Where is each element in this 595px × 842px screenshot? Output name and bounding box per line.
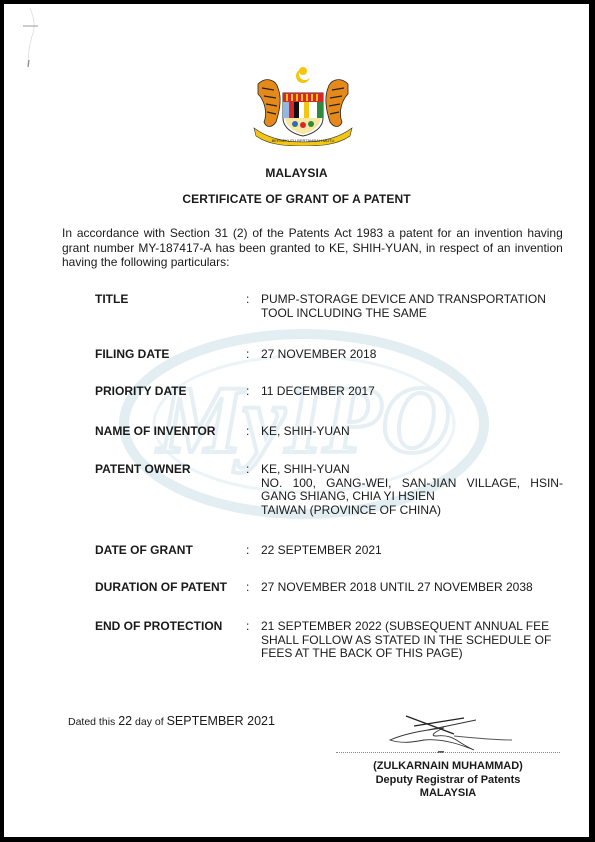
svg-text:BERSEKUTU BERTAMBAH MUTU: BERSEKUTU BERTAMBAH MUTU	[272, 138, 335, 143]
particular-separator: :	[246, 620, 249, 634]
certificate-title: CERTIFICATE OF GRANT OF A PATENT	[4, 192, 589, 206]
particular-value: 27 NOVEMBER 2018 UNTIL 27 NOVEMBER 2038	[261, 581, 563, 595]
malaysia-coat-of-arms-icon: BERSEKUTU BERTAMBAH MUTU	[250, 66, 356, 146]
particular-value-line: NO.100,GANG-WEI,SAN-JIANVILLAGE,HSIN-	[261, 477, 563, 491]
particular-label: FILING DATE	[95, 348, 169, 362]
signatory-position: Deputy Registrar of Patents	[336, 774, 560, 788]
signatory-country: MALAYSIA	[336, 787, 560, 801]
dated-day: 22	[118, 714, 132, 728]
particular-label: PRIORITY DATE	[95, 385, 187, 399]
particular-value: KE, SHIH-YUANNO.100,GANG-WEI,SAN-JIANVIL…	[261, 463, 563, 517]
particular-value-line: TAIWAN (PROVINCE OF CHINA)	[261, 504, 563, 518]
intro-line-2: grantnumberMY-187417-AhasbeengrantedtoKE…	[62, 241, 563, 256]
particular-value: 22 SEPTEMBER 2021	[261, 544, 563, 558]
particular-separator: :	[246, 385, 249, 399]
particular-value-line: TOOL INCLUDING THE SAME	[261, 307, 563, 321]
particular-label: DATE OF GRANT	[95, 544, 193, 558]
dated-middle: day of	[135, 716, 164, 728]
particular-value-line: KE, SHIH-YUAN	[261, 463, 563, 477]
dated-month-year: SEPTEMBER 2021	[167, 714, 275, 728]
particular-label: NAME OF INVENTOR	[95, 425, 215, 439]
particular-label: TITLE	[95, 293, 128, 307]
particular-value: 21 SEPTEMBER 2022 (SUBSEQUENT ANNUAL FEE…	[261, 620, 563, 661]
particular-separator: :	[246, 581, 249, 595]
particular-value-line: SHALL FOLLOW AS STATED IN THE SCHEDULE O…	[261, 634, 563, 648]
dated-line: Dated this 22 day of SEPTEMBER 2021	[68, 714, 275, 728]
signature-icon	[384, 712, 524, 756]
intro-paragraph: InaccordancewithSection31(2)ofthePatents…	[62, 226, 563, 270]
particular-value-line: 21 SEPTEMBER 2022 (SUBSEQUENT ANNUAL FEE	[261, 620, 563, 634]
particular-value: 11 DECEMBER 2017	[261, 385, 563, 399]
particular-value-line: 22 SEPTEMBER 2021	[261, 544, 563, 558]
intro-line-3: having the following particulars:	[62, 255, 563, 270]
particular-value-line: KE, SHIH-YUAN	[261, 425, 563, 439]
particular-separator: :	[246, 425, 249, 439]
country-heading: MALAYSIA	[4, 166, 589, 180]
dated-prefix: Dated this	[68, 716, 115, 728]
particular-label: DURATION OF PATENT	[95, 581, 227, 595]
particular-value: KE, SHIH-YUAN	[261, 425, 563, 439]
particular-value-line: 11 DECEMBER 2017	[261, 385, 563, 399]
particular-value: 27 NOVEMBER 2018	[261, 348, 563, 362]
signature-line	[336, 752, 560, 753]
intro-line-1: InaccordancewithSection31(2)ofthePatents…	[62, 226, 563, 241]
particular-separator: :	[246, 293, 249, 307]
particular-separator: :	[246, 348, 249, 362]
signatory-name: (ZULKARNAIN MUHAMMAD)	[336, 760, 560, 774]
particular-value-line: PUMP-STORAGE DEVICE AND TRANSPORTATION	[261, 293, 563, 307]
signatory-block: (ZULKARNAIN MUHAMMAD) Deputy Registrar o…	[336, 760, 560, 801]
particular-separator: :	[246, 463, 249, 477]
certificate-page: MyIPO BERSEKUTU BERTAMBAH MUTU MALAYSIA …	[4, 4, 589, 837]
particular-label: END OF PROTECTION	[95, 620, 222, 634]
particular-value-line: FEES AT THE BACK OF THIS PAGE)	[261, 647, 563, 661]
particular-separator: :	[246, 544, 249, 558]
svg-text:MyIPO: MyIPO	[155, 366, 450, 473]
particular-value-line: 27 NOVEMBER 2018	[261, 348, 563, 362]
particular-value-line: 27 NOVEMBER 2018 UNTIL 27 NOVEMBER 2038	[261, 581, 563, 595]
particular-value: PUMP-STORAGE DEVICE AND TRANSPORTATIONTO…	[261, 293, 563, 320]
particular-label: PATENT OWNER	[95, 463, 191, 477]
particular-value-line: GANG SHIANG, CHIA YI HSIEN	[261, 490, 563, 504]
pen-mark-icon	[20, 4, 40, 72]
